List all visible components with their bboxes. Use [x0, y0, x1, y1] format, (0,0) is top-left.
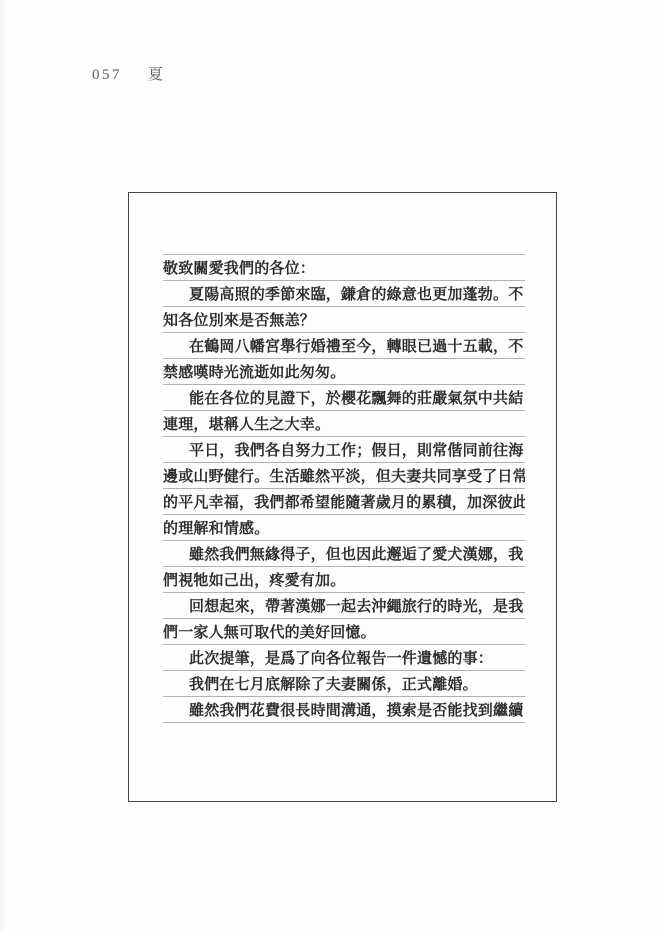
letter-line-text: 此次提筆，是爲了向各位報告一件遺憾的事： — [163, 652, 493, 670]
letter-frame: 敬致關愛我們的各位： 夏陽高照的季節來臨，鎌倉的綠意也更加蓬勃。不 知各位別來是… — [128, 192, 557, 802]
letter-line-text: 禁感嘆時光流逝如此匆匆。 — [163, 366, 345, 384]
ruled-letter-paper: 敬致關愛我們的各位： 夏陽高照的季節來臨，鎌倉的綠意也更加蓬勃。不 知各位別來是… — [163, 254, 525, 723]
letter-line-text: 的理解和情感。 — [163, 522, 269, 540]
letter-line: 雖然我們無緣得子，但也因此邂逅了愛犬漢娜，我 — [163, 541, 525, 567]
letter-line: 們視牠如己出，疼愛有加。 — [163, 567, 525, 593]
section-title: 夏 — [148, 63, 163, 84]
page-number: 057 — [92, 67, 122, 84]
letter-line-text: 連理，堪稱人生之大幸。 — [163, 418, 330, 436]
letter-line-text: 知各位別來是否無恙？ — [163, 314, 315, 332]
letter-line: 此次提筆，是爲了向各位報告一件遺憾的事： — [163, 645, 525, 671]
letter-line: 的理解和情感。 — [163, 515, 525, 541]
letter-line-text: 的平凡幸福，我們都希望能隨著歲月的累積，加深彼此 — [163, 496, 525, 514]
letter-line-text: 回想起來，帶著漢娜一起去沖繩旅行的時光，是我 — [163, 600, 523, 618]
letter-line-text: 能在各位的見證下，於櫻花飄舞的莊嚴氣氛中共結 — [163, 392, 523, 410]
letter-line-text: 平日，我們各自努力工作；假日，則常偕同前往海 — [163, 444, 523, 462]
letter-line: 夏陽高照的季節來臨，鎌倉的綠意也更加蓬勃。不 — [163, 281, 525, 307]
letter-line-text: 敬致關愛我們的各位： — [163, 262, 315, 280]
letter-line: 知各位別來是否無恙？ — [163, 307, 525, 333]
letter-line: 的平凡幸福，我們都希望能隨著歲月的累積，加深彼此 — [163, 489, 525, 515]
letter-line: 我們在七月底解除了夫妻關係，正式離婚。 — [163, 671, 525, 697]
letter-line: 們一家人無可取代的美好回憶。 — [163, 619, 525, 645]
letter-line: 邊或山野健行。生活雖然平淡，但夫妻共同享受了日常 — [163, 463, 525, 489]
letter-line: 能在各位的見證下，於櫻花飄舞的莊嚴氣氛中共結 — [163, 385, 525, 411]
letter-line: 平日，我們各自努力工作；假日，則常偕同前往海 — [163, 437, 525, 463]
book-page: 057 夏 敬致關愛我們的各位： 夏陽高照的季節來臨，鎌倉的綠意也更加蓬勃。不 … — [0, 0, 663, 932]
letter-line-text: 夏陽高照的季節來臨，鎌倉的綠意也更加蓬勃。不 — [163, 288, 523, 306]
letter-line: 連理，堪稱人生之大幸。 — [163, 411, 525, 437]
letter-line-text: 雖然我們花費很長時間溝通，摸索是否能找到繼續 — [163, 704, 523, 722]
letter-line-text: 雖然我們無緣得子，但也因此邂逅了愛犬漢娜，我 — [163, 548, 523, 566]
letter-line-text: 我們在七月底解除了夫妻關係，正式離婚。 — [163, 678, 478, 696]
letter-line: 回想起來，帶著漢娜一起去沖繩旅行的時光，是我 — [163, 593, 525, 619]
letter-line-text: 在鶴岡八幡宮舉行婚禮至今，轉眼已過十五載，不 — [163, 340, 523, 358]
letter-line: 在鶴岡八幡宮舉行婚禮至今，轉眼已過十五載，不 — [163, 333, 525, 359]
letter-line: 雖然我們花費很長時間溝通，摸索是否能找到繼續 — [163, 697, 525, 723]
letter-line-text: 們一家人無可取代的美好回憶。 — [163, 626, 376, 644]
running-header: 057 夏 — [92, 63, 163, 84]
letter-line: 禁感嘆時光流逝如此匆匆。 — [163, 359, 525, 385]
letter-line: 敬致關愛我們的各位： — [163, 255, 525, 281]
letter-line-text: 們視牠如己出，疼愛有加。 — [163, 574, 345, 592]
page-gutter-shadow — [0, 0, 6, 932]
letter-line-text: 邊或山野健行。生活雖然平淡，但夫妻共同享受了日常 — [163, 470, 525, 488]
